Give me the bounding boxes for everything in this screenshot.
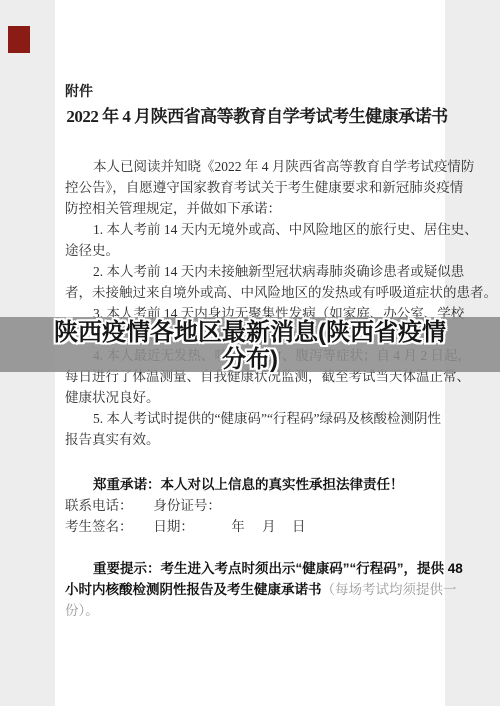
- notice-segment-light: 份）。: [65, 603, 99, 618]
- signature-label: 考生签名：: [65, 516, 150, 537]
- body-line: 途径史。: [65, 240, 449, 261]
- date-label: 日期：: [153, 519, 194, 534]
- notice-segment-bold: 小时内核酸检测阴性报告及考生健康承诺书: [65, 582, 322, 597]
- document-body: 本人已阅读并知晓《2022 年 4 月陕西省高等教育自学考试疫情防控公告》，自愿…: [65, 156, 449, 450]
- notice-segment-light: （每场考试均须提供一: [322, 582, 457, 597]
- overlay-title-line1: 陕西疫情各地区最新消息(陕西省疫情: [0, 319, 500, 346]
- document-title: 2022 年 4 月陕西省高等教育自学考试考生健康承诺书: [65, 104, 449, 130]
- attachment-label: 附件: [65, 82, 449, 100]
- important-notice: 重要提示：考生进入考点时须出示“健康码”“行程码”，提供 48小时内核酸检测阴性…: [65, 558, 449, 621]
- pledge-line: 郑重承诺：本人对以上信息的真实性承担法律责任！: [65, 474, 449, 495]
- year-label: 年: [231, 519, 245, 534]
- body-line: 健康状况良好。: [65, 387, 449, 408]
- body-line: 报告真实有效。: [65, 429, 449, 450]
- day-label: 日: [292, 519, 306, 534]
- red-accent-mark: [8, 26, 30, 53]
- body-line: 者，未接触过来自境外或高、中风险地区的发热或有呼吸道症状的患者。: [65, 282, 449, 303]
- month-label: 月: [262, 519, 276, 534]
- notice-line: 小时内核酸检测阴性报告及考生健康承诺书（每场考试均须提供一: [65, 579, 449, 600]
- overlay-title-line2: 分布): [0, 346, 500, 373]
- phone-label: 联系电话：: [65, 495, 150, 516]
- body-line: 1. 本人考前 14 天内无境外或高、中风险地区的旅行史、居住史、: [65, 219, 449, 240]
- overlay-article-title: 陕西疫情各地区最新消息(陕西省疫情 分布): [0, 319, 500, 373]
- body-line: 防控相关管理规定，并做如下承诺：: [65, 198, 449, 219]
- id-number-label: 身份证号：: [153, 498, 221, 513]
- contact-row: 联系电话： 身份证号：: [65, 495, 449, 516]
- signature-row: 考生签名： 日期： 年 月 日: [65, 516, 449, 537]
- body-line: 2. 本人考前 14 天内未接触新型冠状病毒肺炎确诊患者或疑似患: [65, 261, 449, 282]
- notice-line: 份）。: [65, 600, 449, 621]
- notice-line: 重要提示：考生进入考点时须出示“健康码”“行程码”，提供 48: [65, 558, 449, 579]
- notice-segment-bold: 重要提示：考生进入考点时须出示“健康码”“行程码”，提供 48: [93, 561, 463, 576]
- body-line: 控公告》，自愿遵守国家教育考试关于考生健康要求和新冠肺炎疫情: [65, 177, 449, 198]
- body-line: 本人已阅读并知晓《2022 年 4 月陕西省高等教育自学考试疫情防: [65, 156, 449, 177]
- body-line: 5. 本人考试时提供的“健康码”“行程码”绿码及核酸检测阴性: [65, 408, 449, 429]
